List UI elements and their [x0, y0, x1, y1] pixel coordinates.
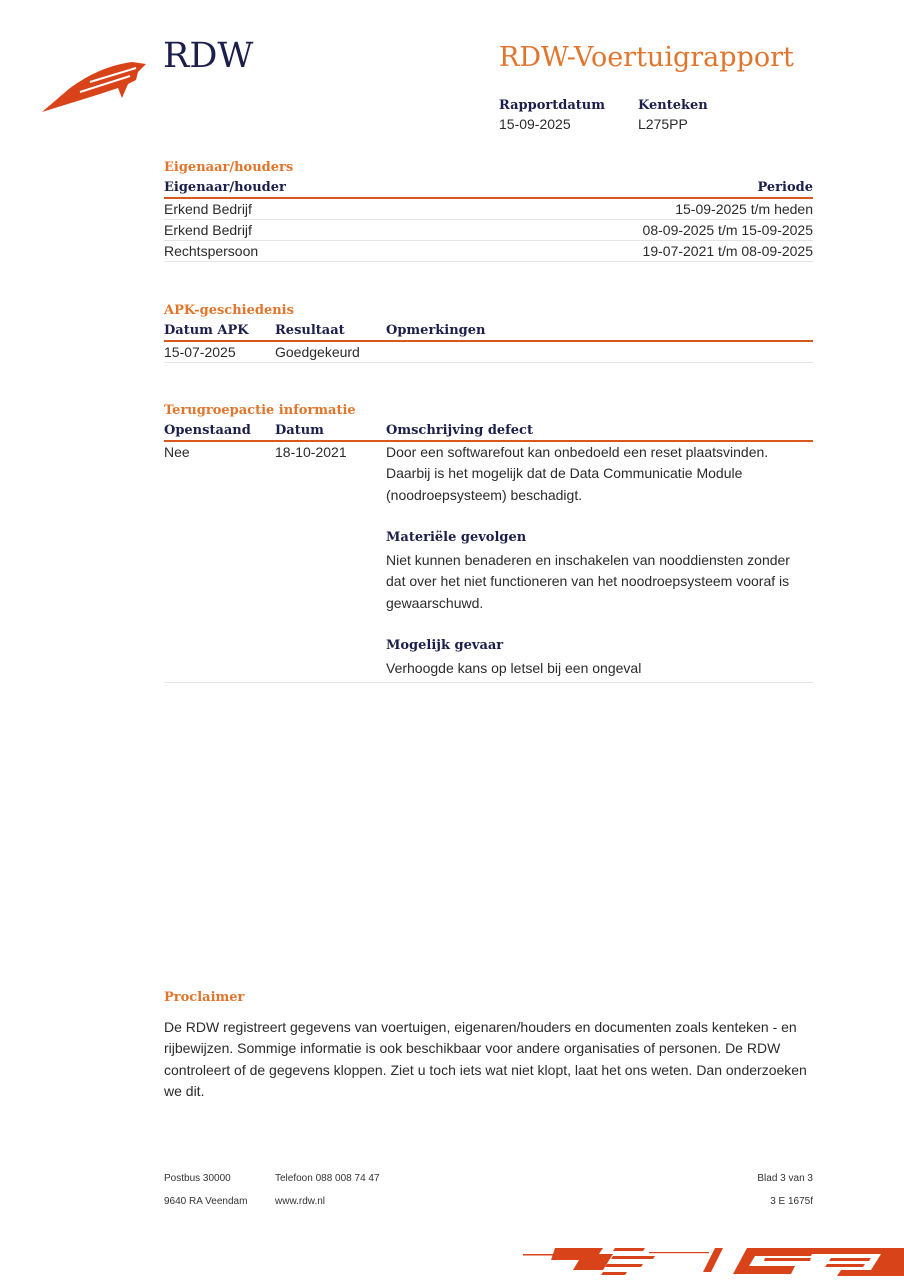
footer-city: 9640 RA Veendam — [164, 1196, 247, 1207]
table-header: Openstaand Datum Omschrijving defect — [164, 418, 813, 442]
danger-text: Verhoogde kans op letsel bij een ongeval — [386, 658, 813, 679]
section-title: Proclaimer — [164, 990, 813, 1005]
table-row: Nee 18-10-2021 Door een softwarefout kan… — [164, 442, 813, 683]
apk-result-cell: Goedgekeurd — [275, 342, 386, 362]
rdw-logo-text: RDW — [163, 36, 253, 76]
owner-cell: Erkend Bedrijf — [164, 199, 252, 219]
consequences-text: Niet kunnen benaderen en inschakelen van… — [386, 550, 813, 614]
period-cell: 15-09-2025 t/m heden — [675, 199, 813, 219]
column-header: Opmerkingen — [386, 323, 813, 338]
table-row: Erkend Bedrijf 08-09-2025 t/m 15-09-2025 — [164, 220, 813, 241]
meta-report-date: Rapportdatum 15-09-2025 — [499, 98, 605, 132]
apk-date-cell: 15-07-2025 — [164, 342, 275, 362]
meta-label: Rapportdatum — [499, 98, 605, 113]
proclaimer-section: Proclaimer De RDW registreert gegevens v… — [164, 990, 813, 1102]
meta-license-plate: Kenteken L275PP — [638, 98, 708, 132]
table-row: Erkend Bedrijf 15-09-2025 t/m heden — [164, 199, 813, 220]
document-title: RDW-Voertuigrapport — [499, 42, 794, 73]
meta-label: Kenteken — [638, 98, 708, 113]
recall-open-cell: Nee — [164, 442, 275, 680]
footer-page-number: Blad 3 van 3 — [757, 1173, 813, 1184]
rdw-feather-logo-icon — [40, 58, 148, 114]
defect-description: Door een softwarefout kan onbedoeld een … — [386, 442, 813, 506]
column-header: Omschrijving defect — [386, 423, 813, 438]
section-title: Eigenaar/houders — [164, 160, 813, 175]
table-header: Datum APK Resultaat Opmerkingen — [164, 318, 813, 342]
footer-phone: Telefoon 088 008 74 47 — [275, 1173, 380, 1184]
footer-postbus: Postbus 30000 — [164, 1173, 231, 1184]
table-row: 15-07-2025 Goedgekeurd — [164, 342, 813, 363]
column-header: Eigenaar/houder — [164, 180, 286, 195]
column-header: Datum APK — [164, 323, 275, 338]
decorative-stripes-icon — [515, 1240, 904, 1280]
recall-description-cell: Door een softwarefout kan onbedoeld een … — [386, 442, 813, 680]
column-header: Openstaand — [164, 423, 275, 438]
column-header: Periode — [757, 180, 813, 195]
period-cell: 19-07-2021 t/m 08-09-2025 — [643, 241, 813, 261]
table-row: Rechtspersoon 19-07-2021 t/m 08-09-2025 — [164, 241, 813, 262]
period-cell: 08-09-2025 t/m 15-09-2025 — [643, 220, 813, 240]
table-header: Eigenaar/houder Periode — [164, 175, 813, 199]
owner-cell: Erkend Bedrijf — [164, 220, 252, 240]
recall-section: Terugroepactie informatie Openstaand Dat… — [164, 403, 813, 683]
danger-heading: Mogelijk gevaar — [386, 635, 813, 656]
section-title: Terugroepactie informatie — [164, 403, 813, 418]
recall-date-cell: 18-10-2021 — [275, 442, 386, 680]
meta-value: 15-09-2025 — [499, 116, 605, 132]
apk-remarks-cell — [386, 342, 813, 362]
proclaimer-text: De RDW registreert gegevens van voertuig… — [164, 1017, 813, 1102]
footer-document-code: 3 E 1675f — [770, 1196, 813, 1207]
owner-cell: Rechtspersoon — [164, 241, 258, 261]
column-header: Resultaat — [275, 323, 386, 338]
meta-value: L275PP — [638, 116, 708, 132]
column-header: Datum — [275, 423, 386, 438]
apk-section: APK-geschiedenis Datum APK Resultaat Opm… — [164, 303, 813, 363]
consequences-heading: Materiële gevolgen — [386, 527, 813, 548]
owners-section: Eigenaar/houders Eigenaar/houder Periode… — [164, 160, 813, 262]
section-title: APK-geschiedenis — [164, 303, 813, 318]
footer-website-link[interactable]: www.rdw.nl — [275, 1196, 325, 1207]
